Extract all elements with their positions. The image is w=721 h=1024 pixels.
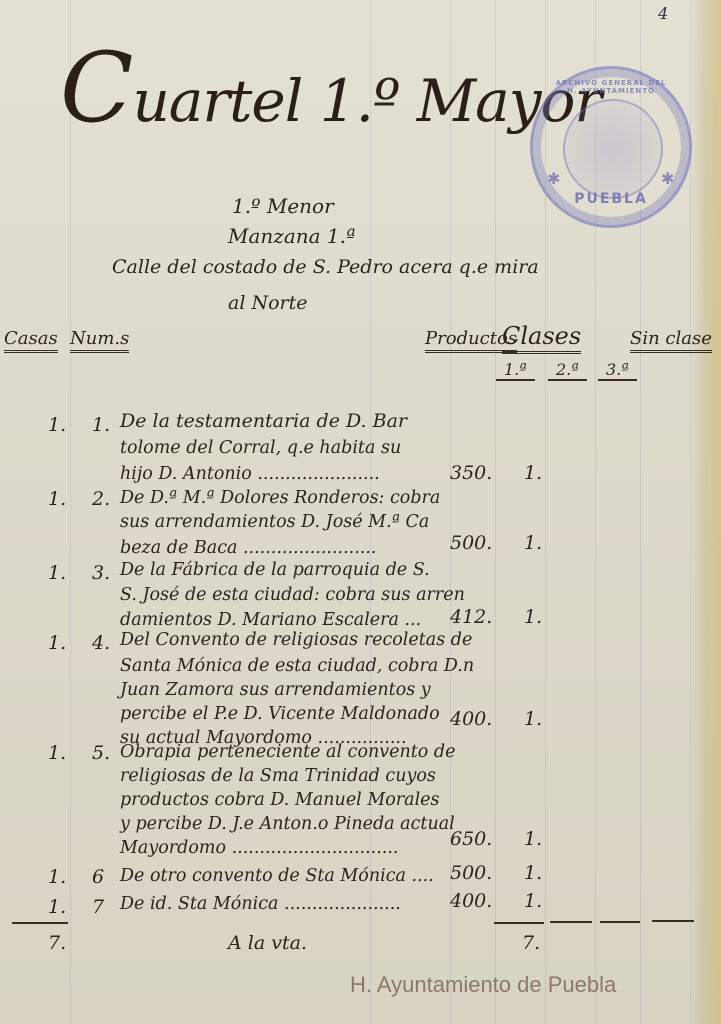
row-line: De la Fábrica de la parroquia de S. [120,560,430,580]
row-line: Juan Zamora sus arrendamientos y [120,680,431,700]
row-clase-1: 1. [524,532,542,554]
row-producto: 500. [450,532,492,554]
row-line: y percibe D. J.e Anton.o Pineda actual [120,814,455,834]
row-producto: 500. [450,862,492,884]
total-casas: 7. [48,932,66,954]
header-clase-3: 3.ª [598,360,637,381]
header-casas: Casas [4,328,58,353]
stamp-top-text: ARCHIVO GENERAL DEL H. AYUNTAMIENTO [551,79,671,95]
title-initial: C [60,32,132,144]
row-casas: 1. [48,632,66,654]
header-clase-2: 2.ª [548,360,587,381]
total-clase-1: 7. [522,932,540,954]
header-clase-1: 1.ª [496,360,535,381]
star-icon: ✱ [661,169,674,188]
row-num: 7 [92,896,104,918]
row-producto: 350. [450,462,492,484]
row-num: 5. [92,742,110,764]
star-icon: ✱ [547,169,560,188]
row-num: 1. [92,414,110,436]
row-producto: 400. [450,708,492,730]
row-producto: 412. [450,606,492,628]
row-line: Santa Mónica de esta ciudad, cobra D.n [120,656,474,676]
row-line: Mayordomo .............................. [120,838,398,858]
row-line: De la testamentaria de D. Bar [120,410,407,432]
subtitle-manzana: Manzana 1.ª [228,224,356,248]
total-rule [652,920,694,922]
header-num: Num.s [70,328,129,353]
row-line: Del Convento de religiosas recoletas de [120,630,472,650]
total-rule [494,922,544,924]
coat-of-arms-icon [563,99,663,199]
row-casas: 1. [48,414,66,436]
row-num: 3. [92,562,110,584]
title-rest: uartel 1.º Mayor [132,67,601,135]
street-line-2: al Norte [228,292,307,314]
total-rule [600,921,640,923]
row-line: productos cobra D. Manuel Morales [120,790,440,810]
row-line: tolome del Corral, q.e habita su [120,438,401,458]
street-line-1: Calle del costado de S. Pedro acera q.e … [112,256,539,278]
row-producto: 400. [450,890,492,912]
ruling-line [70,0,71,1024]
row-clase-1: 1. [524,606,542,628]
row-line: De id. Sta Mónica ..................... [120,894,401,914]
archive-stamp: ARCHIVO GENERAL DEL H. AYUNTAMIENTO ✱ ✱ … [530,66,692,228]
row-line: hijo D. Antonio ...................... [120,464,380,484]
stamp-bottom-text: PUEBLA [533,191,689,207]
total-rule [550,921,592,923]
row-casas: 1. [48,896,66,918]
row-line: sus arrendamientos D. José M.ª Ca [120,512,429,532]
row-casas: 1. [48,488,66,510]
row-num: 2. [92,488,110,510]
row-line: De D.ª M.ª Dolores Ronderos: cobra [120,488,440,508]
row-clase-1: 1. [524,862,542,884]
total-rule [12,922,68,924]
row-clase-1: 1. [524,708,542,730]
ruling-line [495,0,496,1024]
row-clase-1: 1. [524,462,542,484]
row-num: 4. [92,632,110,654]
row-line: damientos D. Mariano Escalera ... [120,610,421,630]
row-clase-1: 1. [524,828,542,850]
page-title: Cuartel 1.º Mayor [60,40,601,136]
row-line: beza de Baca ........................ [120,538,377,558]
page-number: 4 [658,4,668,23]
row-line: religiosas de la Sma Trinidad cuyos [120,766,436,786]
manuscript-page: 4 Cuartel 1.º Mayor ARCHIVO GENERAL DEL … [0,0,721,1024]
watermark: H. Ayuntamiento de Puebla [350,972,616,998]
row-line: De otro convento de Sta Mónica .... [120,866,434,886]
row-producto: 650. [450,828,492,850]
row-casas: 1. [48,742,66,764]
row-num: 6 [92,866,104,888]
row-line: Obrapia perteneciente al convento de [120,742,455,762]
row-clase-1: 1. [524,890,542,912]
header-clases: Clases [502,322,581,354]
row-line: S. José de esta ciudad: cobra sus arren [120,585,465,605]
row-line: percibe el P.e D. Vicente Maldonado [120,704,440,724]
header-sin-clase: Sin clase [630,328,712,353]
subtitle-menor: 1.º Menor [232,194,334,218]
row-casas: 1. [48,866,66,888]
row-casas: 1. [48,562,66,584]
total-label: A la vta. [228,932,307,954]
